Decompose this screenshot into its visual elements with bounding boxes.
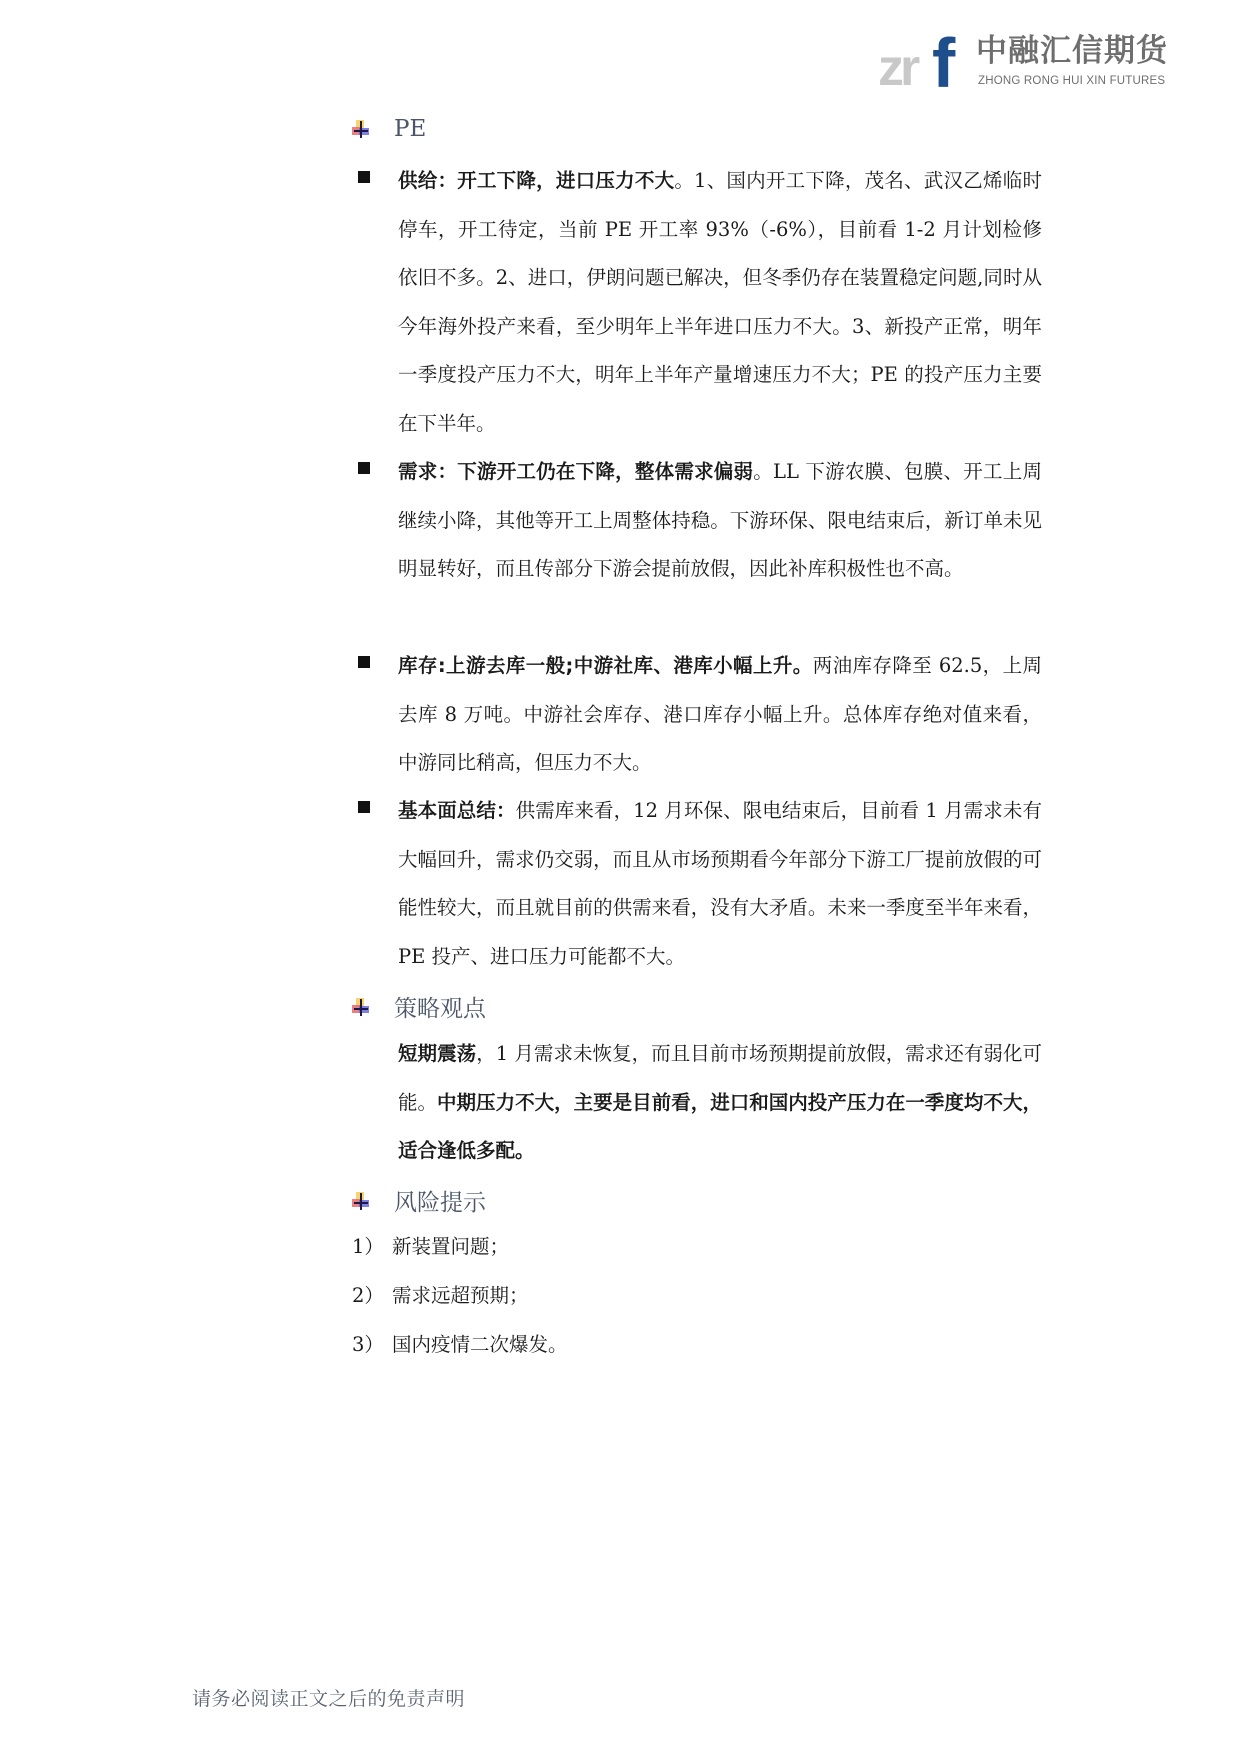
list-item-demand: 需求：下游开工仍在下降，整体需求偏弱。LL 下游农膜、包膜、开工上周继续小降，其… (352, 448, 1042, 594)
bold-lead: 供给：开工下降，进口压力不大 (398, 169, 674, 192)
risk-item-3: 3）国内疫情二次爆发。 (352, 1330, 568, 1360)
bold-conclusion: 中期压力不大，主要是目前看，进口和国内投产压力在一季度均不大，适合逢低多配。 (398, 1091, 1042, 1163)
item-text: 需求远超预期； (392, 1284, 529, 1307)
square-bullet-icon (358, 171, 370, 183)
risk-item-1: 1）新装置问题； (352, 1232, 509, 1262)
bold-lead: 库存:上游去库一般;中游社库、港库小幅上升。 (398, 654, 813, 677)
logo-company-name-cn: 中融汇信期货 (976, 36, 1168, 67)
body-text: 供需库来看，12 月环保、限电结束后，目前看 1 月需求未有大幅回升，需求仍交弱… (398, 799, 1042, 968)
paragraph: 需求：下游开工仍在下降，整体需求偏弱。LL 下游农膜、包膜、开工上周继续小降，其… (398, 448, 1042, 594)
arrow-bullet-icon (352, 1192, 370, 1210)
item-number: 2） (352, 1281, 392, 1311)
logo-mark-zr: zr (878, 42, 916, 94)
bold-lead: 基本面总结： (398, 799, 516, 822)
section-title: 策略观点 (394, 990, 486, 1023)
section-heading-risk: 风险提示 (352, 1184, 486, 1217)
item-number: 1） (352, 1232, 392, 1262)
list-item-fundamentals-summary: 基本面总结：供需库来看，12 月环保、限电结束后，目前看 1 月需求未有大幅回升… (352, 787, 1042, 981)
square-bullet-icon (358, 462, 370, 474)
section-title: PE (394, 116, 426, 142)
bold-lead: 需求：下游开工仍在下降，整体需求偏弱 (398, 460, 753, 483)
logo-company-name-en: ZHONG RONG HUI XIN FUTURES (978, 76, 1165, 88)
paragraph: 供给：开工下降，进口压力不大。1、国内开工下降，茂名、武汉乙烯临时停车，开工待定… (398, 157, 1042, 448)
arrow-bullet-icon (352, 120, 370, 138)
list-item-inventory: 库存:上游去库一般;中游社库、港库小幅上升。两油库存降至 62.5，上周去库 8… (352, 642, 1042, 788)
paragraph: 库存:上游去库一般;中游社库、港库小幅上升。两油库存降至 62.5，上周去库 8… (398, 642, 1042, 788)
list-item-supply: 供给：开工下降，进口压力不大。1、国内开工下降，茂名、武汉乙烯临时停车，开工待定… (352, 157, 1042, 448)
square-bullet-icon (358, 801, 370, 813)
footer-disclaimer: 请务必阅读正文之后的免责声明 (192, 1684, 465, 1711)
square-bullet-icon (358, 656, 370, 668)
risk-item-2: 2）需求远超预期； (352, 1281, 529, 1311)
section-heading-strategy: 策略观点 (352, 990, 486, 1023)
section-title: 风险提示 (394, 1184, 486, 1217)
item-text: 新装置问题； (392, 1235, 509, 1258)
company-logo: zr f 中融汇信期货 ZHONG RONG HUI XIN FUTURES (878, 28, 1168, 92)
body-text: 。1、国内开工下降，茂名、武汉乙烯临时停车，开工待定，当前 PE 开工率 93%… (398, 169, 1042, 435)
item-number: 3） (352, 1330, 392, 1360)
arrow-bullet-icon (352, 998, 370, 1016)
strategy-paragraph: 短期震荡，1 月需求未恢复，而且目前市场预期提前放假，需求还有弱化可能。中期压力… (398, 1030, 1042, 1176)
section-heading-pe: PE (352, 116, 426, 142)
logo-mark-f: f (932, 28, 955, 98)
bold-lead: 短期震荡 (398, 1042, 476, 1065)
paragraph: 基本面总结：供需库来看，12 月环保、限电结束后，目前看 1 月需求未有大幅回升… (398, 787, 1042, 981)
item-text: 国内疫情二次爆发。 (392, 1333, 568, 1356)
